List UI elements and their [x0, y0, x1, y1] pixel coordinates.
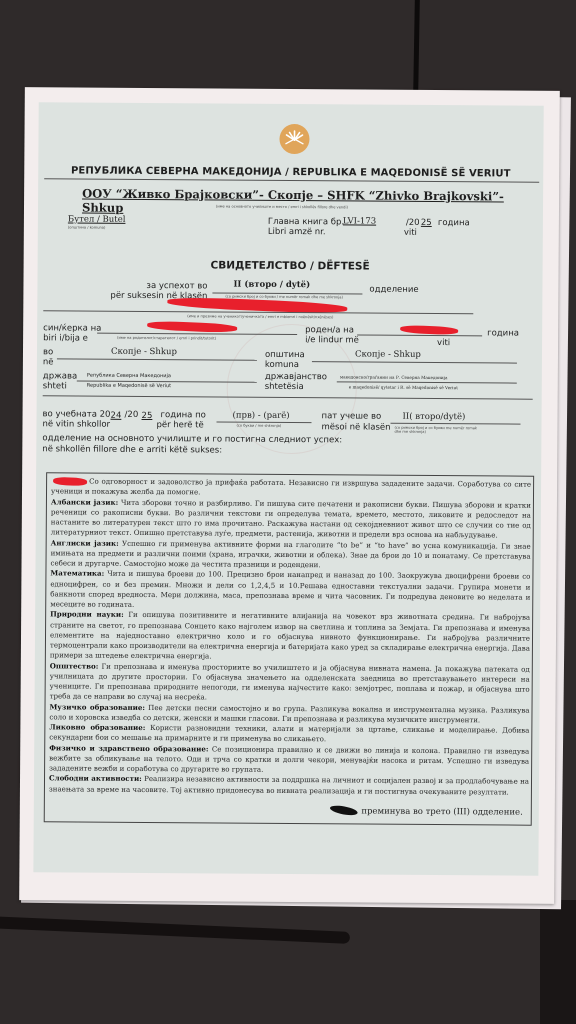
born-line	[357, 334, 482, 336]
success-intro-sq: në shkollën fillore dhe e arriti këtë su…	[42, 444, 222, 455]
document-title: СВИДЕТЕЛСТВО / DËFTESË	[38, 258, 543, 274]
parent-caption: (име на родителот/старателот / emri i pr…	[117, 336, 216, 341]
subject-name: Англиски јазик:	[51, 538, 119, 547]
place-line	[57, 358, 257, 360]
certificate-form: РЕПУБЛИКА СЕВЕРНА МАКЕДОНИЈА / REPUBLIKA…	[33, 102, 543, 876]
desk-edge	[540, 900, 576, 1024]
subject-text: Успешно ги применува активните форми на …	[50, 538, 530, 569]
state-value-mk: Република Северна Македонија	[87, 373, 171, 380]
grade-value: II (второ / dytë)	[233, 280, 310, 291]
register-year-label-sq: viti	[404, 228, 417, 238]
state-value-sq: Republika e Maqedonisë së Veriut	[87, 383, 171, 390]
attended-label-mk: пат учеше во	[322, 411, 382, 421]
redacted-parent-name	[147, 320, 237, 333]
born-label-mk: роден/а на	[305, 325, 354, 335]
subject-text: Чита и пишува броеви до 100. Прецизно бр…	[50, 569, 530, 609]
state-label-mk: држава	[43, 371, 77, 381]
redacted-birth-date	[400, 325, 458, 335]
born-year-suffix-mk: година	[487, 328, 519, 338]
parent-line	[97, 333, 297, 335]
parent-label-sq: biri i/bija e	[43, 333, 88, 343]
desk-seam	[413, 0, 420, 95]
times-value: (прв) - (parë)	[233, 411, 290, 421]
municipality-value: Бутел / Butel	[68, 214, 126, 224]
attended-label-sq: mësoi në klasën	[321, 422, 390, 432]
redacted-name-scribble	[329, 804, 358, 817]
citizenship-value-mk: македонско/граѓанин на Р. Северна Македо…	[340, 374, 448, 380]
subject-text: Чита зборови точно и разбирливо. Ги пишу…	[51, 497, 531, 539]
citizenship-line	[337, 381, 517, 383]
country-header: РЕПУБЛИКА СЕВЕРНА МАКЕДОНИЈА / REPUBLIKA…	[38, 165, 543, 180]
citizenship-value-sq: e maqedonisë/ qytetar i R. së Maqedonisë…	[349, 384, 458, 390]
school-year-start: 24	[111, 411, 122, 421]
attended-caption: (со римски број и со букви me numër roma…	[394, 426, 484, 435]
municipality-label-mk: општина	[265, 350, 305, 360]
register-year-prefix: /20	[406, 218, 420, 228]
parent-label-mk: син/ќерка на	[43, 323, 101, 333]
subject-name: Општество:	[50, 661, 99, 670]
subject-name: Ликовно образование:	[49, 722, 145, 732]
born-label-sq: i/e lindur më	[305, 335, 359, 345]
assessment-text: Со одговорност и задоволство ја прифаќа …	[49, 476, 531, 797]
subject-name: Физичко и здравствено образование:	[49, 743, 208, 753]
certificate-paper: РЕПУБЛИКА СЕВЕРНА МАКЕДОНИЈА / REPUBLIKA…	[19, 87, 560, 904]
times-label-mk: година по	[161, 410, 206, 420]
assessment-box: Со одговорност и задоволство ја прифаќа …	[44, 472, 534, 825]
municipality-label-sq: komuna	[265, 360, 299, 370]
success-intro-mk: одделение на основното училиште и го пос…	[42, 433, 342, 445]
school-year-label-mk: во учебната 20	[43, 409, 111, 419]
desk-slot	[0, 916, 350, 944]
subject-name: Музичко образование:	[49, 702, 145, 712]
outcome-text: преминува во трето (III) одделение.	[361, 807, 523, 818]
register-year-label-mk: година	[438, 218, 470, 228]
subject-text: Ги препознава и именува просториите во у…	[50, 661, 530, 701]
assessment-general: Со одговорност и задоволство ја прифаќа …	[51, 477, 531, 497]
student-line	[43, 310, 473, 314]
school-name: ООУ “Живко Брајковски”- Скопје – SHFK “Z…	[82, 187, 543, 218]
coat-of-arms-icon	[279, 124, 309, 154]
school-year-mid: /20	[125, 410, 139, 420]
attended-value: II( второ/dytë)	[403, 412, 466, 422]
place-label-mk: во	[43, 347, 53, 357]
state-label-sq: shteti	[43, 381, 67, 391]
attended-line	[391, 423, 521, 425]
municipality-caption: (општина / komuna)	[68, 225, 106, 229]
place-label-sq: në	[43, 357, 54, 367]
register-year: 25	[421, 218, 432, 228]
born-year-suffix-sq: viti	[437, 338, 450, 348]
subject-name: Слободни активности:	[49, 774, 142, 784]
times-label-sq: për herë të	[156, 420, 203, 430]
subject-name: Математика:	[50, 569, 104, 578]
register-number: LVI-173	[343, 216, 376, 226]
register-label-mk: Главна книга бр.	[268, 217, 344, 228]
times-caption: (со букви / me shkronja)	[236, 424, 281, 428]
grade-suffix: одделение	[369, 285, 418, 295]
register-label-sq: Libri amzë nr.	[268, 227, 326, 237]
place-value: Скопје - Shkup	[111, 347, 177, 357]
school-year-label-sq: në vitin shkollor	[42, 419, 110, 429]
subject-name: Албански јазик:	[51, 497, 118, 506]
school-year-end: 25	[142, 411, 153, 421]
municipality-value-2: Скопје - Shkup	[355, 349, 421, 359]
citizenship-label-mk: државјанство	[265, 372, 327, 382]
citizenship-label-sq: shtetësia	[265, 382, 304, 392]
student-caption: (име и презиме на ученикот/ученичката / …	[187, 314, 333, 319]
subject-name: Природни науки:	[50, 610, 124, 620]
